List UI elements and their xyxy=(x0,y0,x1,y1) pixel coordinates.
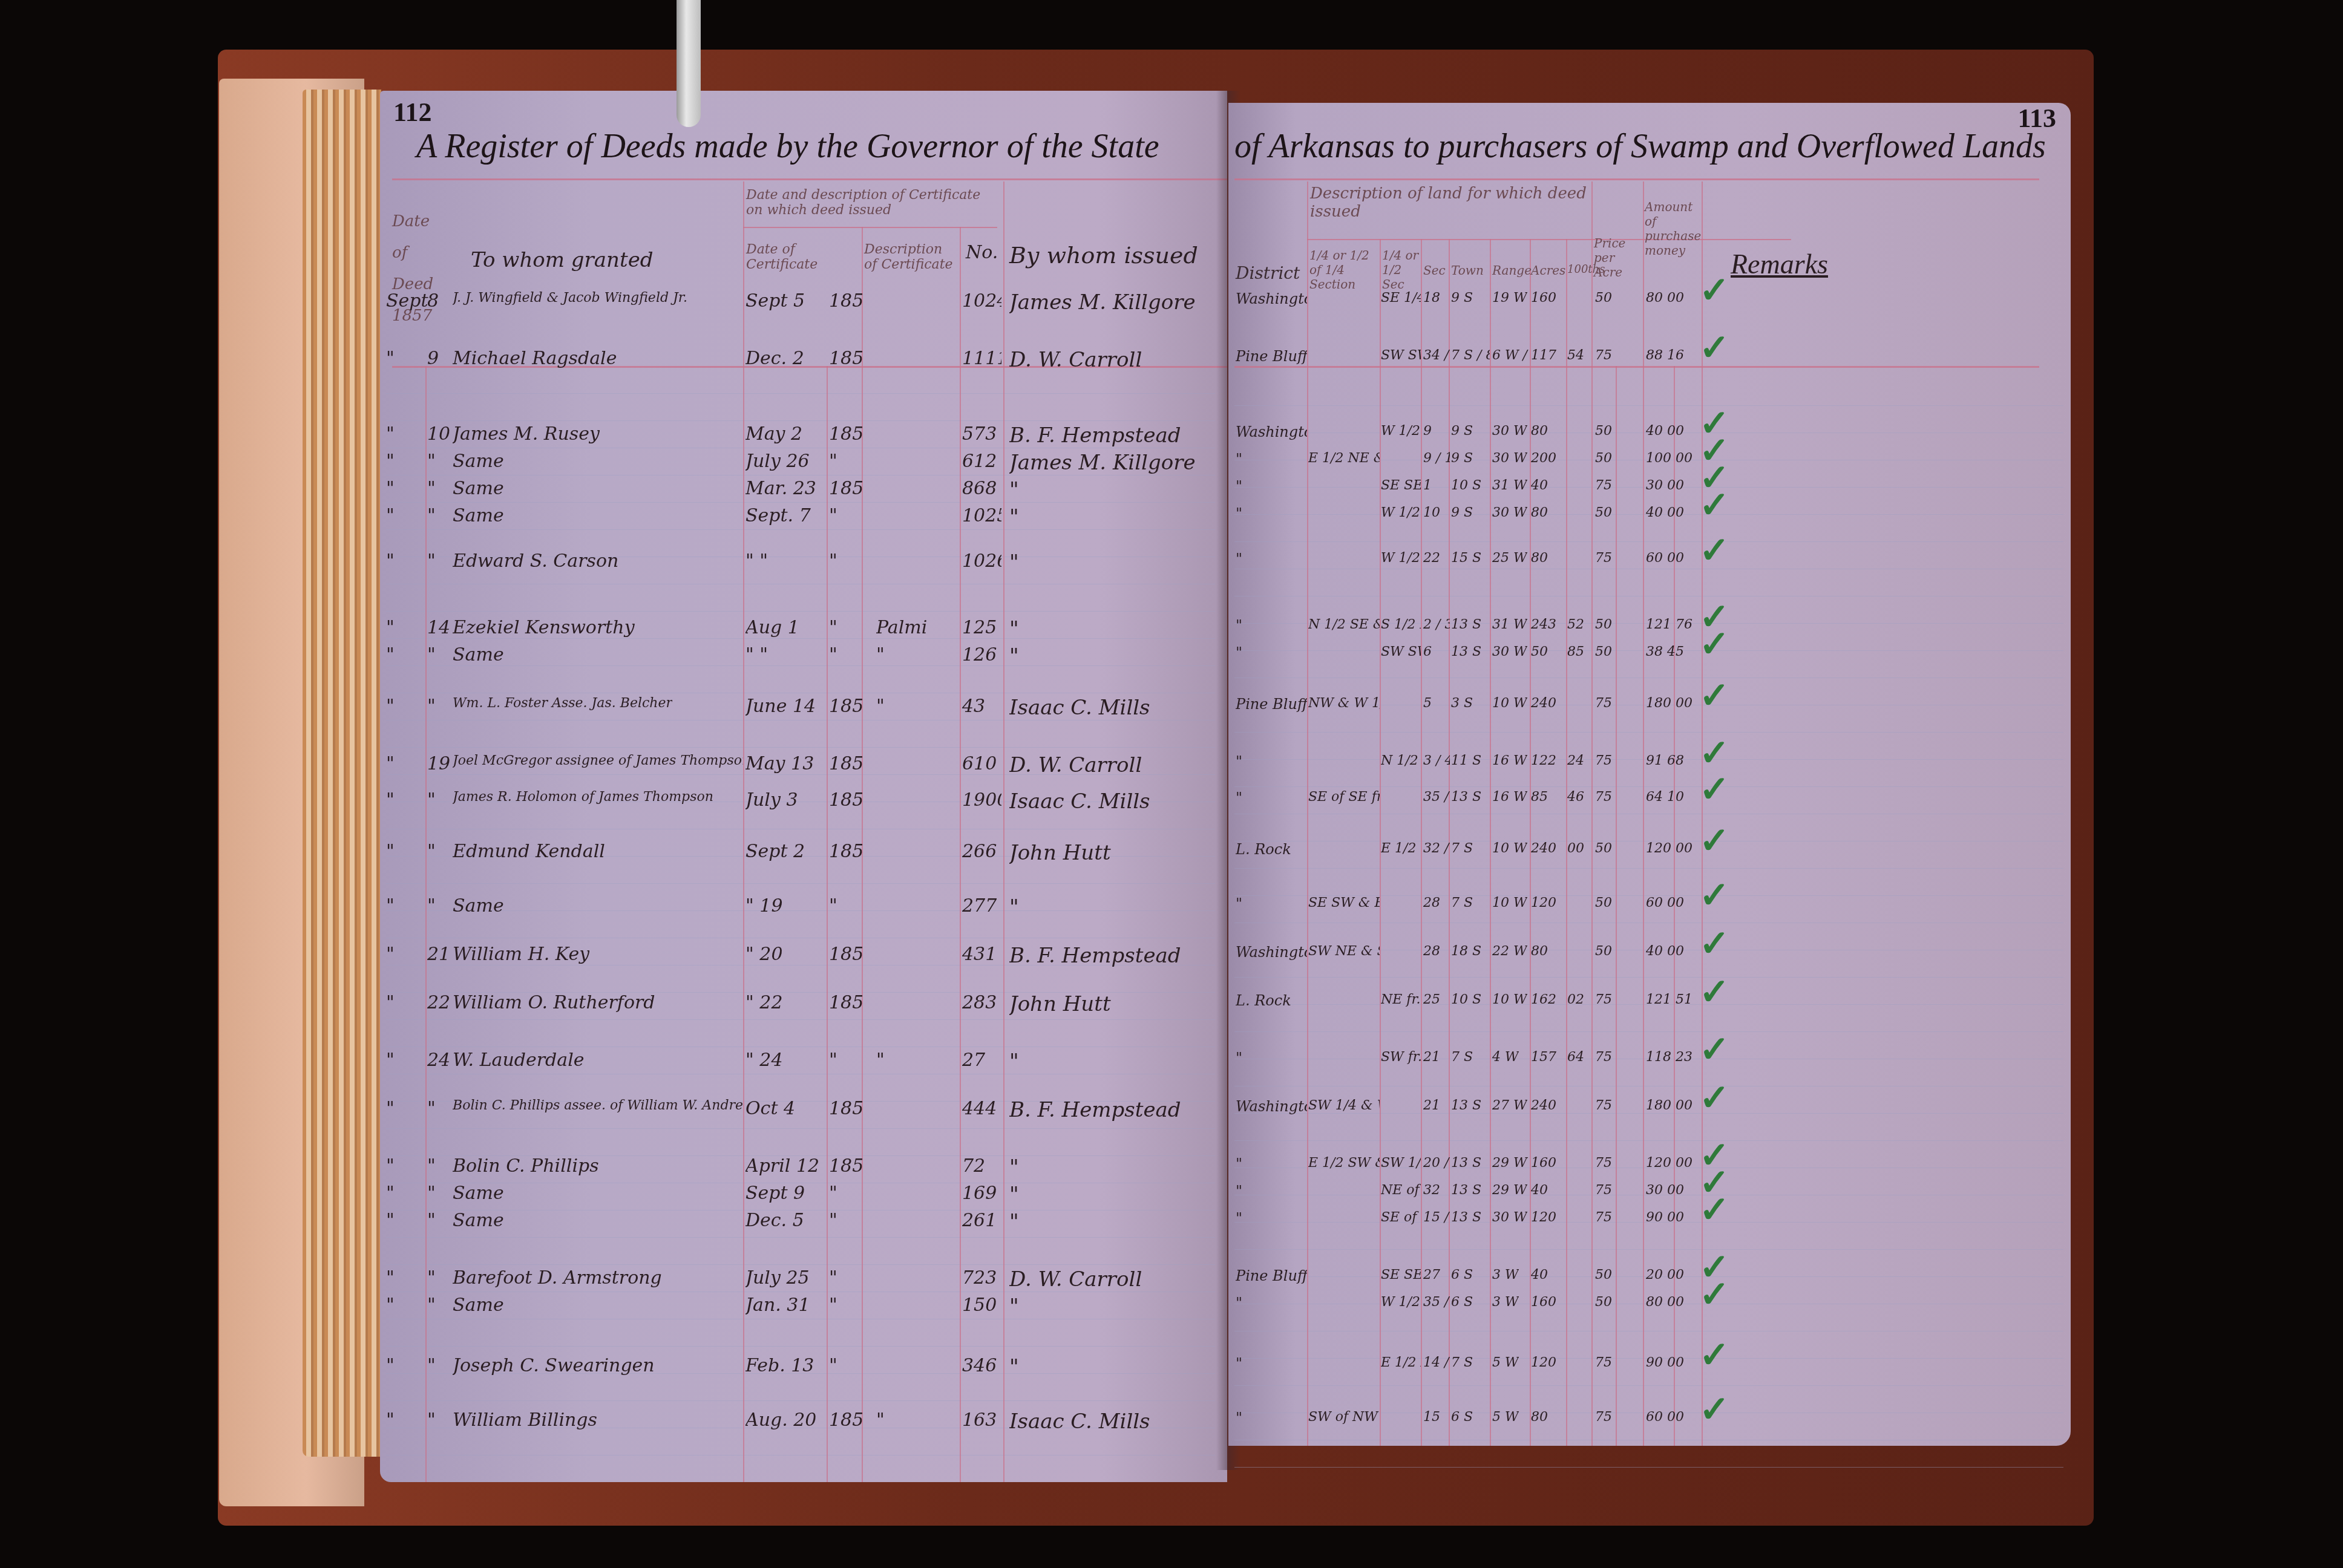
ruled-line xyxy=(1234,923,2063,923)
quarter-section: E 1/2 SW & SW SW xyxy=(1308,1155,1380,1171)
certificate-number: 346 xyxy=(962,1355,997,1376)
acres: 157 xyxy=(1531,1050,1556,1065)
header-range: Range xyxy=(1492,263,1532,278)
quarter-section: SW 1/4 & W 1/2 SE xyxy=(1308,1098,1380,1113)
range: 5 W xyxy=(1492,1410,1519,1425)
district: Washington xyxy=(1236,290,1307,307)
page-title-right: of Arkansas to purchasers of Swamp and O… xyxy=(1234,127,2046,166)
purchase-amount: 120 00 xyxy=(1646,1155,1693,1171)
green-check-mark-icon: ✓ xyxy=(1699,1031,1729,1068)
price-per-acre: 75 xyxy=(1595,1355,1612,1370)
grantee-name: Bolin C. Phillips assee. of William W. A… xyxy=(453,1098,743,1113)
ledger-day: " xyxy=(427,895,436,916)
ruled-line xyxy=(386,1047,1215,1047)
grantee-name: Joseph C. Swearingen xyxy=(453,1355,655,1376)
district: Washington xyxy=(1236,944,1307,961)
grantee-name: W. Lauderdale xyxy=(453,1050,585,1071)
price-per-acre: 75 xyxy=(1595,1155,1612,1171)
issued-by: John Hutt xyxy=(1009,841,1111,865)
ledger-day: 8 xyxy=(427,290,439,312)
header-land-group: Description of land for which deed issue… xyxy=(1310,185,1588,221)
certificate-date: Aug. 20 xyxy=(745,1410,816,1431)
certificate-year: 1855 xyxy=(829,696,862,717)
purchase-amount: 120 00 xyxy=(1646,841,1693,856)
acres: 160 xyxy=(1531,1295,1556,1310)
certificate-date: Sept 5 xyxy=(745,290,805,312)
township: 13 S xyxy=(1451,789,1481,805)
district: Pine Bluff xyxy=(1236,1267,1307,1284)
price-per-acre: 50 xyxy=(1595,617,1612,632)
ledger-month: " xyxy=(386,696,395,717)
township: 10 S xyxy=(1451,478,1481,493)
township: 3 S xyxy=(1451,696,1473,711)
range: 10 W xyxy=(1492,841,1527,856)
price-per-acre: 50 xyxy=(1595,944,1612,959)
section: 28 xyxy=(1423,944,1440,959)
green-check-mark-icon: ✓ xyxy=(1699,678,1729,714)
section-part: SE of SE / NE of NE / NW of NW xyxy=(1381,1210,1421,1225)
price-per-acre: 50 xyxy=(1595,451,1612,466)
ledger-day: " xyxy=(427,1183,436,1204)
certificate-date: April 12 xyxy=(745,1155,819,1177)
certificate-year: " xyxy=(829,550,837,572)
range: 3 W xyxy=(1492,1295,1519,1310)
section-part: SE SE xyxy=(1381,1267,1421,1282)
section-part: E 1/2 NW / SW SW xyxy=(1381,1355,1421,1370)
ruled-line xyxy=(1234,1331,2063,1331)
certificate-year: 1855 xyxy=(829,789,862,811)
acres-hundredths: 46 xyxy=(1567,789,1584,805)
section: 35 / 26 xyxy=(1423,1295,1450,1310)
issued-by: James M. Killgore xyxy=(1009,451,1196,475)
certificate-date: Dec. 2 xyxy=(745,348,804,369)
issued-by: " xyxy=(1009,895,1019,920)
certificate-number: 277 xyxy=(962,895,997,916)
ledger-month: " xyxy=(386,1050,395,1071)
ledger-month: " xyxy=(386,1295,395,1316)
ledger-month: " xyxy=(386,789,395,811)
purchase-amount: 40 00 xyxy=(1646,505,1684,520)
ledger-day: " xyxy=(427,478,436,499)
range: 30 W xyxy=(1492,423,1527,439)
range: 5 W xyxy=(1492,1355,1519,1370)
ledger-day: " xyxy=(427,1355,436,1376)
district: " xyxy=(1236,644,1242,661)
township: 6 S xyxy=(1451,1295,1473,1310)
ledger-day: " xyxy=(427,1210,436,1231)
ruled-line xyxy=(1234,541,2063,542)
green-check-mark-icon: ✓ xyxy=(1699,532,1729,569)
ruled-line xyxy=(1234,786,2063,787)
district: " xyxy=(1236,617,1242,634)
metal-bookmark-clip xyxy=(677,0,701,127)
district: " xyxy=(1236,1410,1242,1426)
district: " xyxy=(1236,550,1242,567)
right-page: 113 of Arkansas to purchasers of Swamp a… xyxy=(1228,103,2071,1446)
ledger-month: " xyxy=(386,451,395,472)
acres: 80 xyxy=(1531,550,1548,566)
range: 19 W xyxy=(1492,290,1527,305)
ledger-month: Sept xyxy=(386,290,428,312)
grantee-name: Edmund Kendall xyxy=(453,841,605,862)
grantee-name: Same xyxy=(453,644,504,665)
green-check-mark-icon: ✓ xyxy=(1699,330,1729,366)
acres: 50 xyxy=(1531,644,1548,659)
certificate-date: July 3 xyxy=(745,789,798,811)
section-part: E 1/2 of E 1/2 / SE of NW / NE of SE xyxy=(1381,841,1421,856)
certificate-year: " xyxy=(829,1210,837,1231)
ledger-day: " xyxy=(427,451,436,472)
range: 10 W xyxy=(1492,895,1527,910)
range: 10 W xyxy=(1492,696,1527,711)
grantee-name: Bolin C. Phillips xyxy=(453,1155,599,1177)
township: 9 S xyxy=(1451,451,1473,466)
certificate-year: 1854 xyxy=(829,1155,862,1177)
township: 13 S xyxy=(1451,1098,1481,1113)
certificate-description: Palmi xyxy=(876,617,927,638)
certificate-number: 126 xyxy=(962,644,997,665)
section: 27 xyxy=(1423,1267,1440,1282)
purchase-amount: 88 16 xyxy=(1646,348,1684,363)
grantee-name: J. J. Wingfield & Jacob Wingfield Jr. xyxy=(453,290,687,305)
ledger-day: " xyxy=(427,1098,436,1119)
ruled-line xyxy=(1234,977,2063,978)
ruled-line xyxy=(386,1264,1215,1265)
grantee-name: Michael Ragsdale xyxy=(453,348,617,369)
range: 30 W xyxy=(1492,505,1527,520)
certificate-year: " xyxy=(829,1295,837,1316)
section: 15 xyxy=(1423,1410,1440,1425)
grantee-name: Same xyxy=(453,1295,504,1316)
certificate-number: 1900 xyxy=(962,789,1001,811)
issued-by: Isaac C. Mills xyxy=(1009,789,1150,814)
acres-hundredths: 24 xyxy=(1567,753,1584,768)
ledger-day: 10 xyxy=(427,423,450,445)
header-date-of-certificate: Date of Certificate xyxy=(746,242,825,272)
grantee-name: Joel McGregor assignee of James Thompson xyxy=(453,753,743,768)
certificate-date: " 22 xyxy=(745,992,783,1013)
certificate-year: " xyxy=(829,505,837,526)
ledger-month: " xyxy=(386,1355,395,1376)
ruled-line xyxy=(1234,1467,2063,1468)
header-sec: Sec xyxy=(1423,263,1446,278)
green-check-mark-icon: ✓ xyxy=(1699,974,1729,1010)
grantee-name: Same xyxy=(453,1183,504,1204)
green-check-mark-icon: ✓ xyxy=(1699,487,1729,523)
certificate-year: 1854 xyxy=(829,348,862,369)
certificate-number: 283 xyxy=(962,992,997,1013)
price-per-acre: 50 xyxy=(1595,1295,1612,1310)
purchase-amount: 180 00 xyxy=(1646,696,1693,711)
acres: 240 xyxy=(1531,1098,1556,1113)
ruled-line xyxy=(1234,814,2063,814)
grantee-name: Same xyxy=(453,895,504,916)
ledger-month: " xyxy=(386,644,395,665)
certificate-year: 1855 xyxy=(829,1098,862,1119)
certificate-number: 163 xyxy=(962,1410,997,1431)
ruled-line xyxy=(386,420,1215,421)
section: 32 xyxy=(1423,1183,1440,1198)
certificate-description: " xyxy=(876,1410,885,1431)
section-part: SW fr. 1/4 xyxy=(1381,1050,1421,1065)
issued-by: " xyxy=(1009,550,1019,575)
price-per-acre: 50 xyxy=(1595,1267,1612,1282)
certificate-year: " xyxy=(829,1050,837,1071)
purchase-amount: 20 00 xyxy=(1646,1267,1684,1282)
grantee-name: Wm. L. Foster Asse. Jas. Belcher xyxy=(453,696,672,711)
grantee-name: Same xyxy=(453,1210,504,1231)
township: 13 S xyxy=(1451,617,1481,632)
acres: 40 xyxy=(1531,1267,1548,1282)
acres: 40 xyxy=(1531,1183,1548,1198)
section: 35 / 36 xyxy=(1423,789,1450,805)
ledger-month: " xyxy=(386,753,395,774)
issued-by: " xyxy=(1009,1183,1019,1207)
green-check-mark-icon: ✓ xyxy=(1699,1391,1729,1428)
township: 13 S xyxy=(1451,1155,1481,1171)
section: 32 / 33 / 28 xyxy=(1423,841,1450,856)
ledger-day: 19 xyxy=(427,753,450,774)
certificate-number: 1026 xyxy=(962,550,1001,572)
ruled-line xyxy=(1234,405,2063,406)
range: 31 W xyxy=(1492,617,1527,632)
header-acres: Acres xyxy=(1531,263,1565,278)
ruled-line xyxy=(386,829,1215,829)
header-quarter-sec: 1/4 or 1/2 Sec xyxy=(1382,248,1420,292)
purchase-amount: 60 00 xyxy=(1646,895,1684,910)
township: 9 S xyxy=(1451,290,1473,305)
section-part: W 1/2 NW xyxy=(1381,423,1421,439)
certificate-year: 1856 xyxy=(829,1410,862,1431)
ruled-line xyxy=(386,1128,1215,1129)
purchase-amount: 60 00 xyxy=(1646,1410,1684,1425)
certificate-date: Jan. 31 xyxy=(745,1295,810,1316)
acres: 200 xyxy=(1531,451,1556,466)
section: 9 xyxy=(1423,423,1432,439)
ruled-line xyxy=(386,1455,1215,1455)
certificate-date: " 19 xyxy=(745,895,783,916)
certificate-date: " 20 xyxy=(745,944,783,965)
quarter-section: SW NE & SE NW xyxy=(1308,944,1380,959)
acres: 85 xyxy=(1531,789,1548,805)
ledger-month: " xyxy=(386,1155,395,1177)
township: 9 S xyxy=(1451,423,1473,439)
purchase-amount: 64 10 xyxy=(1646,789,1684,805)
acres-hundredths: 85 xyxy=(1567,644,1584,659)
green-check-mark-icon: ✓ xyxy=(1699,1080,1729,1116)
price-per-acre: 50 xyxy=(1595,644,1612,659)
issued-by: " xyxy=(1009,505,1019,529)
acres: 80 xyxy=(1531,944,1548,959)
township: 18 S xyxy=(1451,944,1481,959)
ruled-line xyxy=(1234,1031,2063,1032)
grantee-name: William Billings xyxy=(453,1410,597,1431)
section-part: SW SW / N 1/2 NW xyxy=(1381,348,1421,363)
certificate-number: 612 xyxy=(962,451,997,472)
ledger-month: " xyxy=(386,348,395,369)
certificate-date: Oct 4 xyxy=(745,1098,795,1119)
purchase-amount: 80 00 xyxy=(1646,1295,1684,1310)
ledger-month: " xyxy=(386,1183,395,1204)
section-part: SW 1/4 xyxy=(1381,1155,1421,1171)
range: 29 W / 27 W xyxy=(1492,1155,1530,1171)
price-per-acre: 75 xyxy=(1595,1410,1612,1425)
district: " xyxy=(1236,478,1242,495)
left-page: 112 A Register of Deeds made by the Gove… xyxy=(380,91,1227,1482)
ruled-line xyxy=(1234,1249,2063,1250)
purchase-amount: 90 00 xyxy=(1646,1210,1684,1225)
certificate-date: May 2 xyxy=(745,423,802,445)
ledger-month: " xyxy=(386,1267,395,1289)
ledger-day: 14 xyxy=(427,617,450,638)
section: 18 xyxy=(1423,290,1440,305)
purchase-amount: 40 00 xyxy=(1646,944,1684,959)
issued-by: " xyxy=(1009,1050,1019,1074)
range: 16 W xyxy=(1492,789,1527,805)
district: L. Rock xyxy=(1236,992,1291,1009)
ledger-month: " xyxy=(386,1210,395,1231)
purchase-amount: 100 00 xyxy=(1646,451,1693,466)
quarter-section: SE SW & E 1/2 NE xyxy=(1308,895,1380,910)
section: 2 / 3 / 1 xyxy=(1423,617,1450,632)
ruled-line xyxy=(386,1019,1215,1020)
green-check-mark-icon: ✓ xyxy=(1699,1337,1729,1373)
certificate-date: Mar. 23 xyxy=(745,478,816,499)
purchase-amount: 30 00 xyxy=(1646,1183,1684,1198)
green-check-mark-icon: ✓ xyxy=(1699,926,1729,962)
range: 30 W xyxy=(1492,644,1527,659)
ruled-line xyxy=(386,883,1215,884)
township: 6 S xyxy=(1451,1410,1473,1425)
ledger-month: " xyxy=(386,944,395,965)
acres: 80 xyxy=(1531,505,1548,520)
acres: 120 xyxy=(1531,1210,1556,1225)
township: 15 S xyxy=(1451,550,1481,566)
district: " xyxy=(1236,1050,1242,1067)
price-per-acre: 75 xyxy=(1595,550,1612,566)
acres: 243 xyxy=(1531,617,1556,632)
issued-by: B. F. Hempstead xyxy=(1009,1098,1181,1122)
township: 7 S xyxy=(1451,1050,1473,1065)
header-to-whom-granted: To whom granted xyxy=(471,248,654,272)
certificate-year: 1857 xyxy=(829,992,862,1013)
ruled-line xyxy=(1234,1440,2063,1440)
header-price-per-acre: Price per Acre xyxy=(1594,236,1641,279)
township: 13 S xyxy=(1451,1210,1481,1225)
range: 25 W xyxy=(1492,550,1527,566)
district: " xyxy=(1236,753,1242,770)
certificate-date: July 25 xyxy=(745,1267,810,1289)
purchase-amount: 118 23 xyxy=(1646,1050,1693,1065)
price-per-acre: 50 xyxy=(1595,841,1612,856)
certificate-number: 444 xyxy=(962,1098,997,1119)
price-per-acre: 75 xyxy=(1595,1183,1612,1198)
ledger-month: " xyxy=(386,478,395,499)
price-per-acre: 75 xyxy=(1595,696,1612,711)
district: Washington xyxy=(1236,1098,1307,1115)
section: 5 xyxy=(1423,696,1432,711)
price-per-acre: 75 xyxy=(1595,1098,1612,1113)
ruled-line xyxy=(386,448,1215,448)
ruled-line xyxy=(1234,569,2063,569)
quarter-section: N 1/2 SE & SE SW xyxy=(1308,617,1380,632)
section-part: SE 1/4 xyxy=(1381,290,1421,305)
grantee-name: James M. Rusey xyxy=(453,423,600,445)
certificate-date: May 13 xyxy=(745,753,814,774)
certificate-number: 72 xyxy=(962,1155,985,1177)
section-part: W 1/2 NW / W 1/2 SW xyxy=(1381,1295,1421,1310)
certificate-number: 150 xyxy=(962,1295,997,1316)
range: 3 W xyxy=(1492,1267,1519,1282)
ledger-month: " xyxy=(386,1098,395,1119)
header-town: Town xyxy=(1451,263,1484,278)
issued-by: John Hutt xyxy=(1009,992,1111,1016)
purchase-amount: 121 51 xyxy=(1646,992,1693,1007)
grantee-name: Edward S. Carson xyxy=(453,550,618,572)
purchase-amount: 121 76 xyxy=(1646,617,1693,632)
header-number: No. xyxy=(966,242,998,263)
district: L. Rock xyxy=(1236,841,1291,858)
range: 10 W xyxy=(1492,992,1527,1007)
grantee-name: Barefoot D. Armstrong xyxy=(453,1267,662,1289)
certificate-year: " xyxy=(829,644,837,665)
range: 4 W xyxy=(1492,1050,1519,1065)
certificate-year: " xyxy=(829,895,837,916)
issued-by: " xyxy=(1009,644,1019,668)
section: 1 xyxy=(1423,478,1432,493)
ruled-line xyxy=(386,1319,1215,1319)
ruled-line xyxy=(386,1237,1215,1238)
ledger-day: 9 xyxy=(427,348,439,369)
acres: 160 xyxy=(1531,290,1556,305)
ruled-line xyxy=(1234,678,2063,678)
acres: 122 xyxy=(1531,753,1556,768)
certificate-date: Sept 2 xyxy=(745,841,805,862)
quarter-section: SE of SE fr. 1/4 / NE of NE fr. 1/4 xyxy=(1308,789,1380,805)
district: " xyxy=(1236,1295,1242,1312)
header-certificate-group: Date and description of Certificate on w… xyxy=(746,188,1000,218)
district: Washington xyxy=(1236,423,1307,440)
ruled-line xyxy=(1234,1385,2063,1386)
acres: 240 xyxy=(1531,841,1556,856)
price-per-acre: 75 xyxy=(1595,753,1612,768)
grantee-name: Same xyxy=(453,478,504,499)
acres: 80 xyxy=(1531,423,1548,439)
issued-by: " xyxy=(1009,617,1019,641)
purchase-amount: 180 00 xyxy=(1646,1098,1693,1113)
district: " xyxy=(1236,1155,1242,1172)
acres-hundredths: 52 xyxy=(1567,617,1584,632)
certificate-year: 1854 xyxy=(829,753,862,774)
acres: 120 xyxy=(1531,1355,1556,1370)
ruled-line xyxy=(386,475,1215,475)
header-amount: Amount of purchase money xyxy=(1645,200,1700,258)
certificate-number: 573 xyxy=(962,423,997,445)
quarter-section: NW & W 1/2 NE xyxy=(1308,696,1380,711)
certificate-date: Sept 9 xyxy=(745,1183,805,1204)
ledger-month: " xyxy=(386,895,395,916)
grantee-name: Same xyxy=(453,505,504,526)
ledger-month: " xyxy=(386,841,395,862)
purchase-amount: 30 00 xyxy=(1646,478,1684,493)
ledger-month: " xyxy=(386,505,395,526)
ruled-line xyxy=(386,910,1215,911)
certificate-year: " xyxy=(829,1183,837,1204)
range: 31 W xyxy=(1492,478,1527,493)
ruled-line xyxy=(386,693,1215,693)
acres: 80 xyxy=(1531,1410,1548,1425)
section-part: NE fr. xyxy=(1381,992,1421,1007)
